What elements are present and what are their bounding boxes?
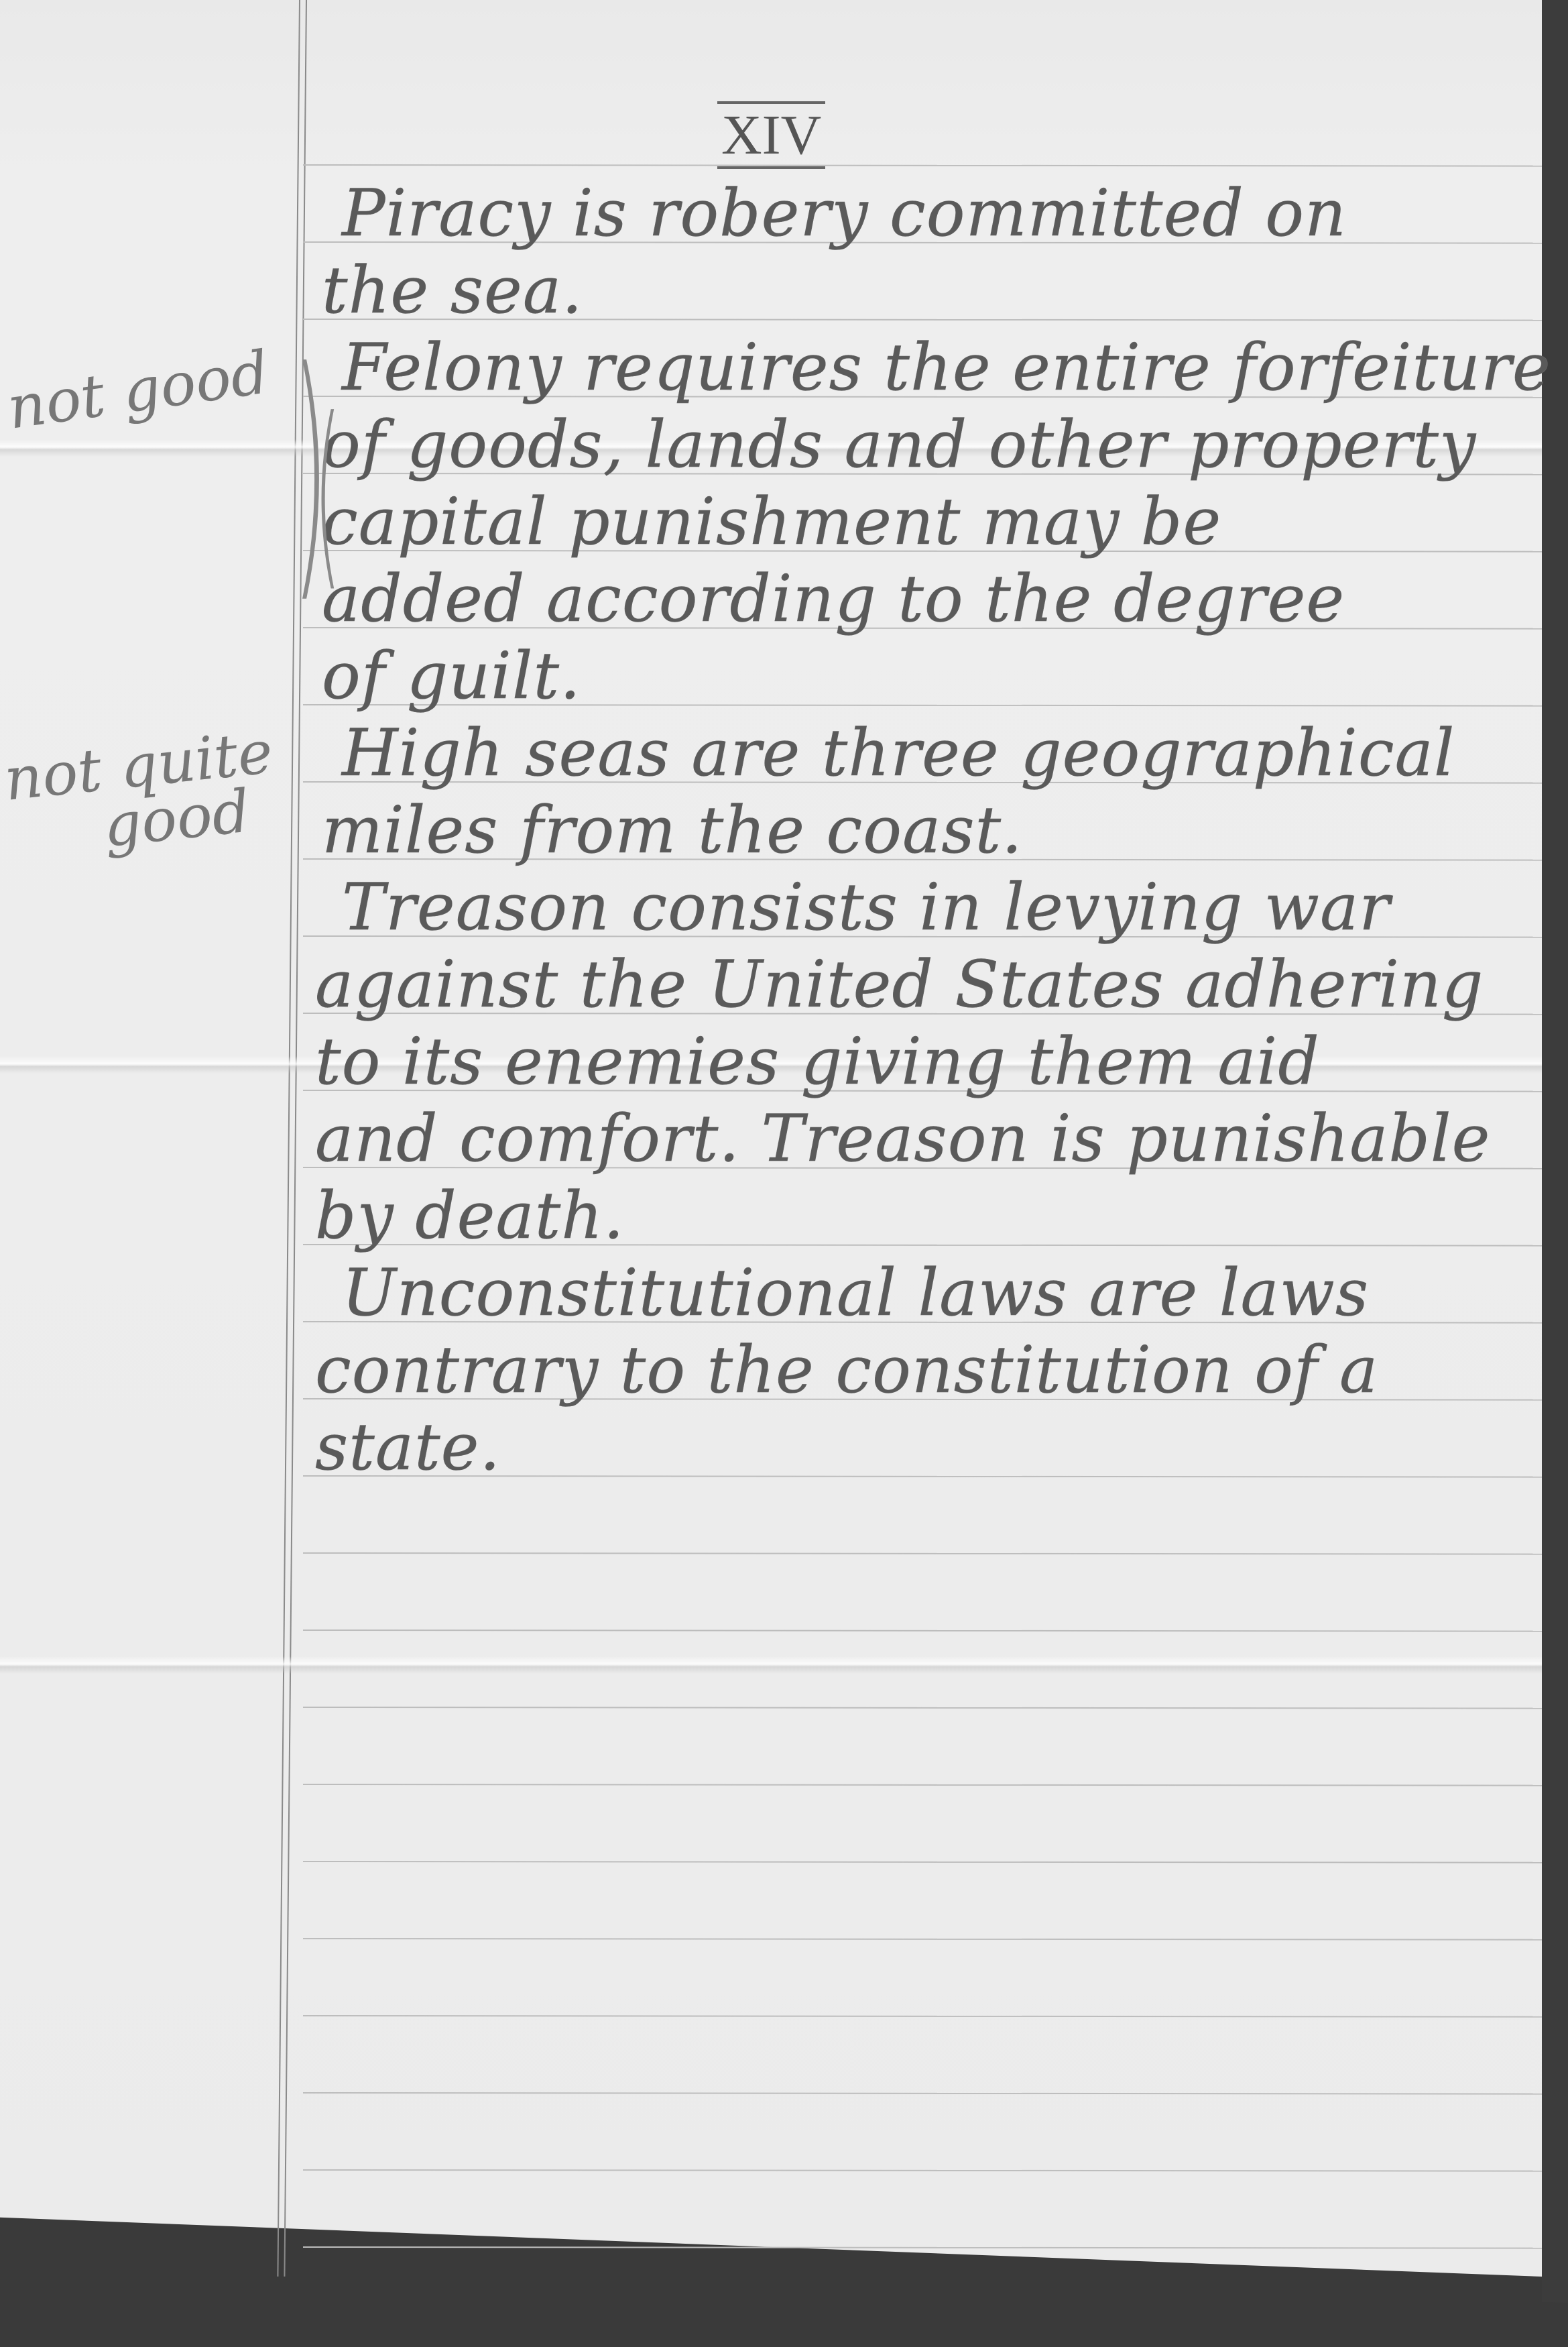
text-line: Unconstitutional laws are laws [342,1261,1369,1325]
text-line: by death. [315,1184,625,1248]
text-line: Piracy is robery committed on [342,181,1347,245]
bracket-mark: ( [314,376,341,610]
text-line: Treason consists in levying war [342,875,1390,939]
scan-background-bottom [0,2267,1568,2347]
text-line: of goods, lands and other property [322,412,1476,477]
text-line: the sea. [322,258,583,323]
text-line: state. [315,1415,501,1479]
text-line: Felony requires the entire forfeiture [342,335,1551,400]
text-line: contrary to the constitution of a [315,1338,1378,1402]
text-line: capital punishment may be [322,490,1221,554]
text-line: to its enemies giving them aid [315,1029,1320,1094]
text-line: and comfort. Treason is punishable [315,1106,1490,1171]
section-heading: XIV [717,107,825,164]
text-line: High seas are three geographical [342,721,1455,785]
margin-note-not-quite-good: not quite good [1,724,281,863]
text-line: of guilt. [322,644,581,708]
text-line: miles from the coast. [322,798,1023,862]
text-line: against the United States adhering [315,952,1484,1017]
text-line: added according to the degree [322,567,1345,631]
fold-crease [0,1656,1542,1674]
